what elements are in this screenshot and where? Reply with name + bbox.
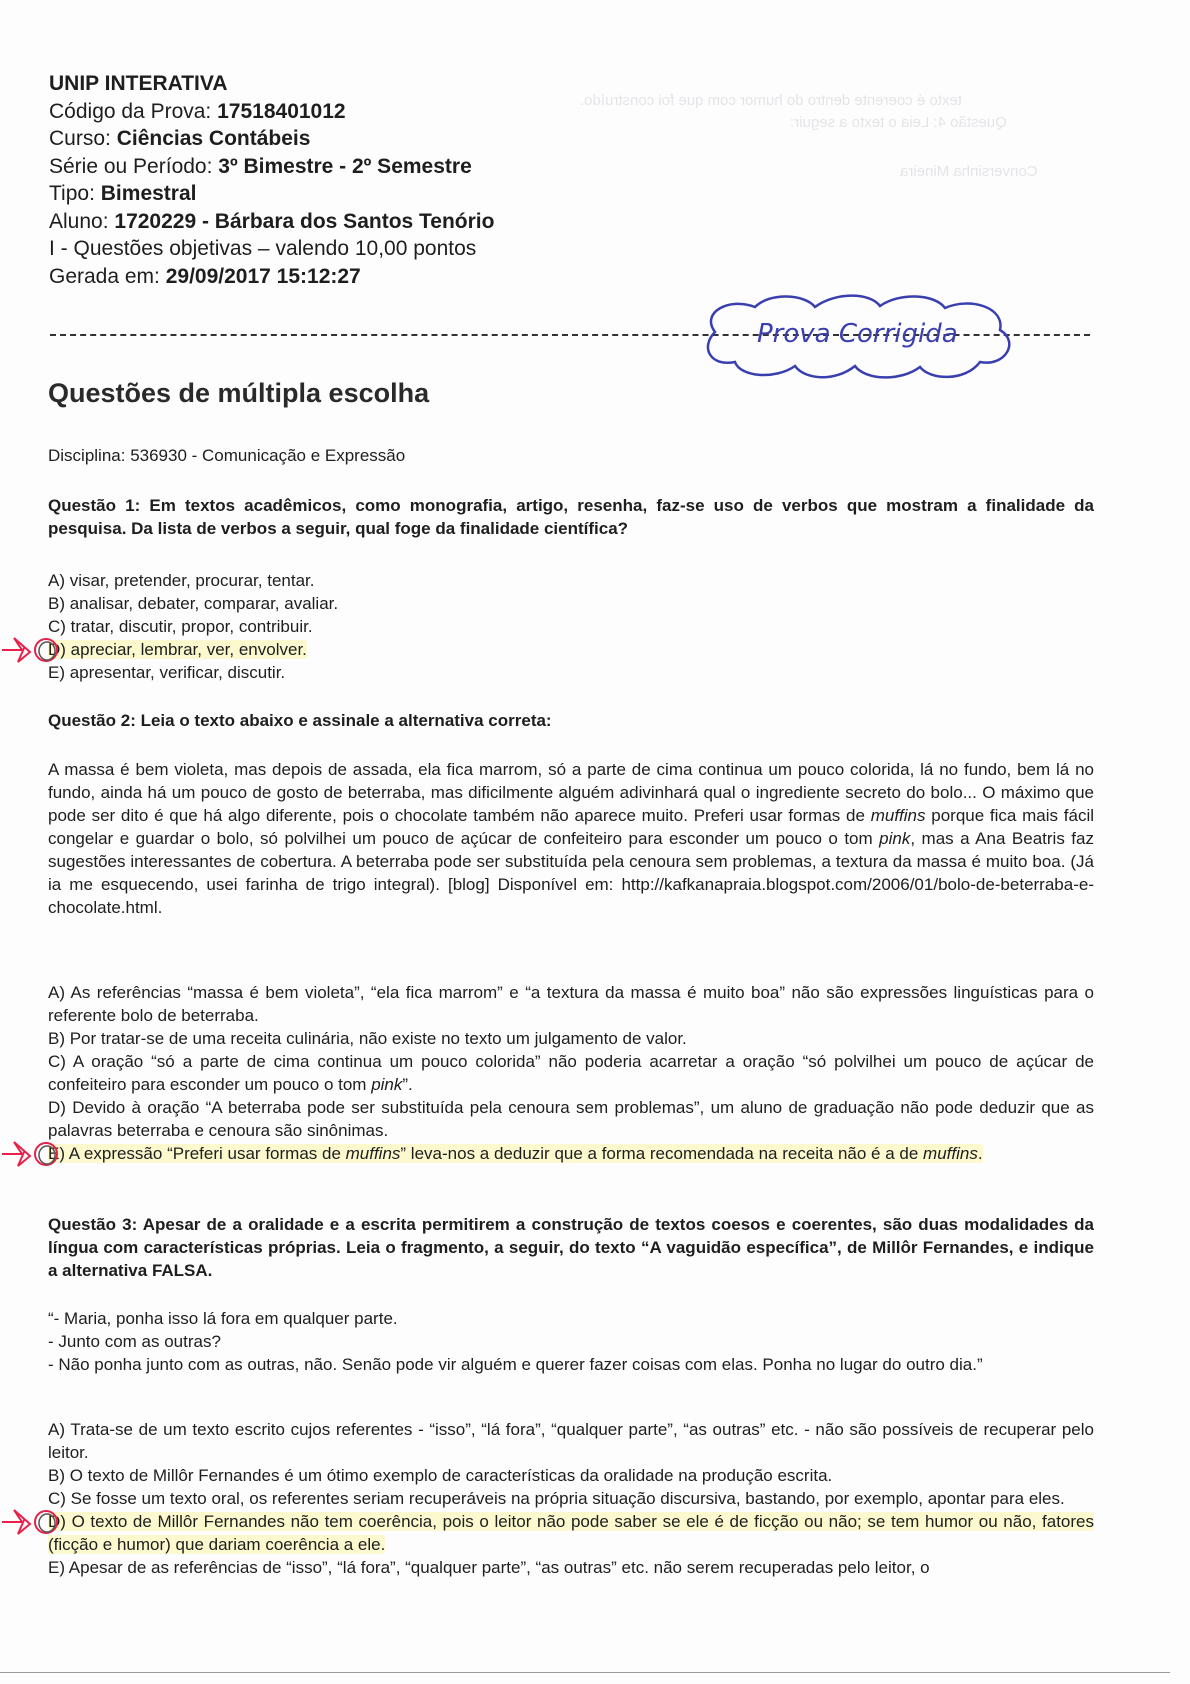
objective-line: I - Questões objetivas – valendo 10,00 p… xyxy=(49,235,494,263)
option-c-text: ”. xyxy=(402,1075,412,1094)
option-a[interactable]: A) Trata-se de um texto escrito cujos re… xyxy=(48,1418,1094,1464)
period-value: 3º Bimestre - 2º Semestre xyxy=(218,155,471,178)
exam-code-row: Código da Prova: 17518401012 xyxy=(49,98,494,126)
question-1: Questão 1: Em textos acadêmicos, como mo… xyxy=(48,494,1094,540)
passage-line: - Junto com as outras? xyxy=(48,1330,1094,1353)
passage-italic: muffins xyxy=(871,806,926,825)
option-e[interactable]: E) apresentar, verificar, discutir. xyxy=(48,661,1094,684)
generated-row: Gerada em: 29/09/2017 15:12:27 xyxy=(49,263,494,291)
question-1-title: Questão 1: Em textos acadêmicos, como mo… xyxy=(48,494,1094,540)
option-e-selected[interactable]: E) A expressão “Preferi usar formas de m… xyxy=(48,1142,1094,1165)
generated-label: Gerada em: xyxy=(49,265,160,288)
type-row: Tipo: Bimestral xyxy=(49,180,494,208)
scanned-exam-page: texto é coerente dentro do humor com que… xyxy=(0,0,1190,1684)
discipline-line: Disciplina: 536930 - Comunicação e Expre… xyxy=(48,446,405,466)
option-e-part: E) A expressão “Preferi usar formas de xyxy=(48,1144,346,1163)
bleed-through-text: Questão 4: Leia o texto a seguir: xyxy=(790,114,1007,131)
bleed-through-text: Conversinha Mineira xyxy=(900,163,1038,180)
option-d[interactable]: D) Devido à oração “A beterraba pode ser… xyxy=(48,1096,1094,1142)
option-a[interactable]: A) visar, pretender, procurar, tentar. xyxy=(48,569,1094,592)
question-2-title: Questão 2: Leia o texto abaixo e assinal… xyxy=(48,709,1094,732)
option-d-text: D) apreciar, lembrar, ver, envolver. xyxy=(48,640,307,659)
option-c-italic: pink xyxy=(371,1075,402,1094)
passage-line: - Não ponha junto com as outras, não. Se… xyxy=(48,1353,1094,1376)
section-title: Questões de múltipla escolha xyxy=(48,378,429,409)
exam-header: UNIP INTERATIVA Código da Prova: 1751840… xyxy=(49,70,494,290)
period-row: Série ou Período: 3º Bimestre - 2º Semes… xyxy=(49,153,494,181)
option-d-text: D) O texto de Millôr Fernandes não tem c… xyxy=(48,1512,1094,1554)
question-3-passage: “- Maria, ponha isso lá fora em qualquer… xyxy=(48,1307,1094,1376)
option-e-italic: muffins xyxy=(923,1144,978,1163)
question-3-options: A) Trata-se de um texto escrito cujos re… xyxy=(48,1418,1094,1579)
exam-code-label: Código da Prova: xyxy=(49,100,211,123)
question-1-options: A) visar, pretender, procurar, tentar. B… xyxy=(48,569,1094,684)
student-label: Aluno: xyxy=(49,210,109,233)
option-d-selected[interactable]: D) O texto de Millôr Fernandes não tem c… xyxy=(48,1510,1094,1556)
option-c[interactable]: C) tratar, discutir, propor, contribuir. xyxy=(48,615,1094,638)
passage-line: “- Maria, ponha isso lá fora em qualquer… xyxy=(48,1307,1094,1330)
course-value: Ciências Contábeis xyxy=(117,127,311,150)
bleed-through-text: texto é coerente dentro do humor com que… xyxy=(580,92,962,109)
exam-code: 17518401012 xyxy=(217,100,345,123)
student-value: 1720229 - Bárbara dos Santos Tenório xyxy=(114,210,494,233)
option-e-part: ” leva-nos a deduzir que a forma recomen… xyxy=(400,1144,923,1163)
question-3: Questão 3: Apesar de a oralidade e a esc… xyxy=(48,1213,1094,1282)
institution-name: UNIP INTERATIVA xyxy=(49,70,494,98)
course-label: Curso: xyxy=(49,127,111,150)
course-row: Curso: Ciências Contábeis xyxy=(49,125,494,153)
student-row: Aluno: 1720229 - Bárbara dos Santos Tenó… xyxy=(49,208,494,236)
page-edge-line xyxy=(0,1672,1170,1673)
option-b[interactable]: B) O texto de Millôr Fernandes é um ótim… xyxy=(48,1464,1094,1487)
option-e[interactable]: E) Apesar de as referências de “isso”, “… xyxy=(48,1556,1094,1579)
question-2: Questão 2: Leia o texto abaixo e assinal… xyxy=(48,709,1094,732)
question-2-options: A) As referências “massa é bem violeta”,… xyxy=(48,981,1094,1165)
generated-value: 29/09/2017 15:12:27 xyxy=(166,265,361,288)
passage-italic: pink xyxy=(879,829,910,848)
period-label: Série ou Período: xyxy=(49,155,212,178)
question-3-title: Questão 3: Apesar de a oralidade e a esc… xyxy=(48,1213,1094,1282)
option-e-text: E) A expressão “Preferi usar formas de m… xyxy=(48,1144,983,1163)
option-b[interactable]: B) Por tratar-se de uma receita culinári… xyxy=(48,1027,1094,1050)
option-c-text: C) A oração “só a parte de cima continua… xyxy=(48,1052,1094,1094)
handwritten-stamp: Prova Corrigida xyxy=(695,292,1025,382)
type-value: Bimestral xyxy=(101,182,197,205)
type-label: Tipo: xyxy=(49,182,95,205)
option-a[interactable]: A) As referências “massa é bem violeta”,… xyxy=(48,981,1094,1027)
option-c[interactable]: C) Se fosse um texto oral, os referentes… xyxy=(48,1487,1094,1510)
option-e-italic: muffins xyxy=(346,1144,401,1163)
option-e-part: . xyxy=(978,1144,983,1163)
stamp-text: Prova Corrigida xyxy=(757,319,958,349)
option-c[interactable]: C) A oração “só a parte de cima continua… xyxy=(48,1050,1094,1096)
option-b[interactable]: B) analisar, debater, comparar, avaliar. xyxy=(48,592,1094,615)
option-d-selected[interactable]: D) apreciar, lembrar, ver, envolver. xyxy=(48,638,1094,661)
question-2-passage: A massa é bem violeta, mas depois de ass… xyxy=(48,758,1094,919)
